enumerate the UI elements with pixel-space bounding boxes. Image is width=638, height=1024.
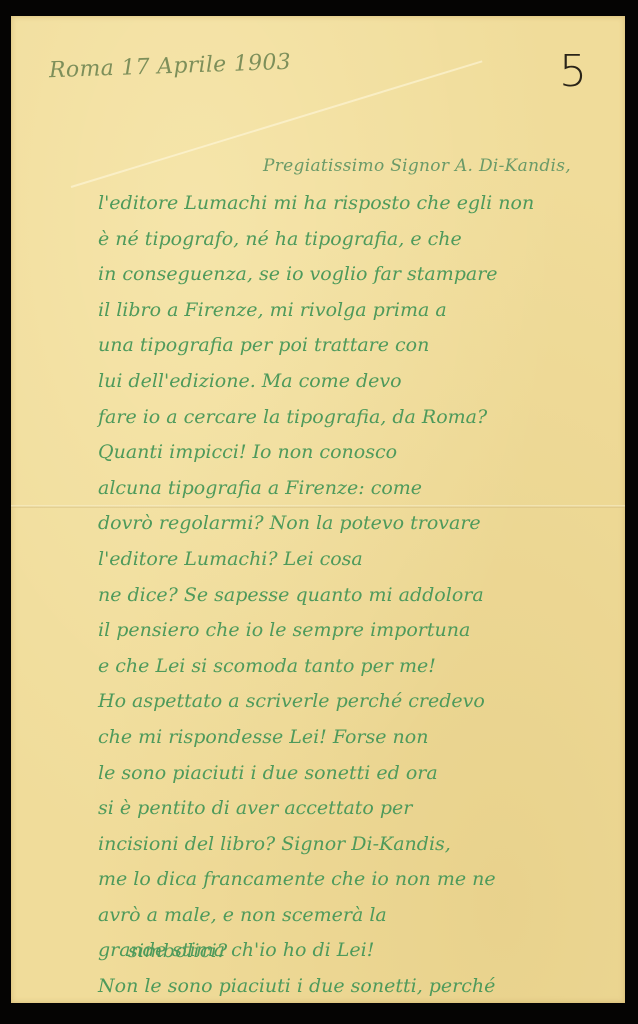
body-line: avrò a male, e non scemerà la xyxy=(98,898,608,934)
body-line: dovrò regolarmi? Non la potevo trovare xyxy=(98,506,608,542)
body-line: Quanti impicci! Io non conosco xyxy=(98,435,608,471)
letter-body: l'editore Lumachi mi ha risposto che egl… xyxy=(98,186,608,1005)
body-line: me lo dica francamente che io non me ne xyxy=(98,862,608,898)
body-line: il libro a Firenze, mi rivolga prima a xyxy=(98,293,608,329)
body-line: fare io a cercare la tipografia, da Roma… xyxy=(98,400,608,436)
body-line: una tipografia per poi trattare con xyxy=(98,328,608,364)
letter-page: Roma 17 Aprile 1903 5 Pregiatissimo Sign… xyxy=(11,16,625,1003)
body-line: incisioni del libro? Signor Di-Kandis, xyxy=(98,827,608,863)
body-line: si è pentito di aver accettato per xyxy=(98,791,608,827)
body-line: Non le sono piaciuti i due sonetti, perc… xyxy=(98,969,608,1005)
body-line: il pensiero che io le sempre importuna xyxy=(98,613,608,649)
body-line: e che Lei si scomoda tanto per me! xyxy=(98,649,608,685)
body-line: l'editore Lumachi mi ha risposto che egl… xyxy=(98,186,608,222)
body-line: in conseguenza, se io voglio far stampar… xyxy=(98,257,608,293)
closing-line: simbolici? xyxy=(128,940,228,962)
body-line: l'editore Lumachi? Lei cosa xyxy=(98,542,608,578)
dateline: Roma 17 Aprile 1903 xyxy=(49,50,292,83)
body-line: è né tipografo, né ha tipografia, e che xyxy=(98,222,608,258)
page-number: 5 xyxy=(559,46,587,97)
body-line: che mi rispondesse Lei! Forse non xyxy=(98,720,608,756)
body-line: ne dice? Se sapesse quanto mi addolora xyxy=(98,578,608,614)
salutation: Pregiatissimo Signor A. Di-Kandis, xyxy=(263,156,571,176)
body-line: Ho aspettato a scriverle perché credevo xyxy=(98,684,608,720)
body-line: lui dell'edizione. Ma come devo xyxy=(98,364,608,400)
body-line: le sono piaciuti i due sonetti ed ora xyxy=(98,756,608,792)
body-line: alcuna tipografia a Firenze: come xyxy=(98,471,608,507)
